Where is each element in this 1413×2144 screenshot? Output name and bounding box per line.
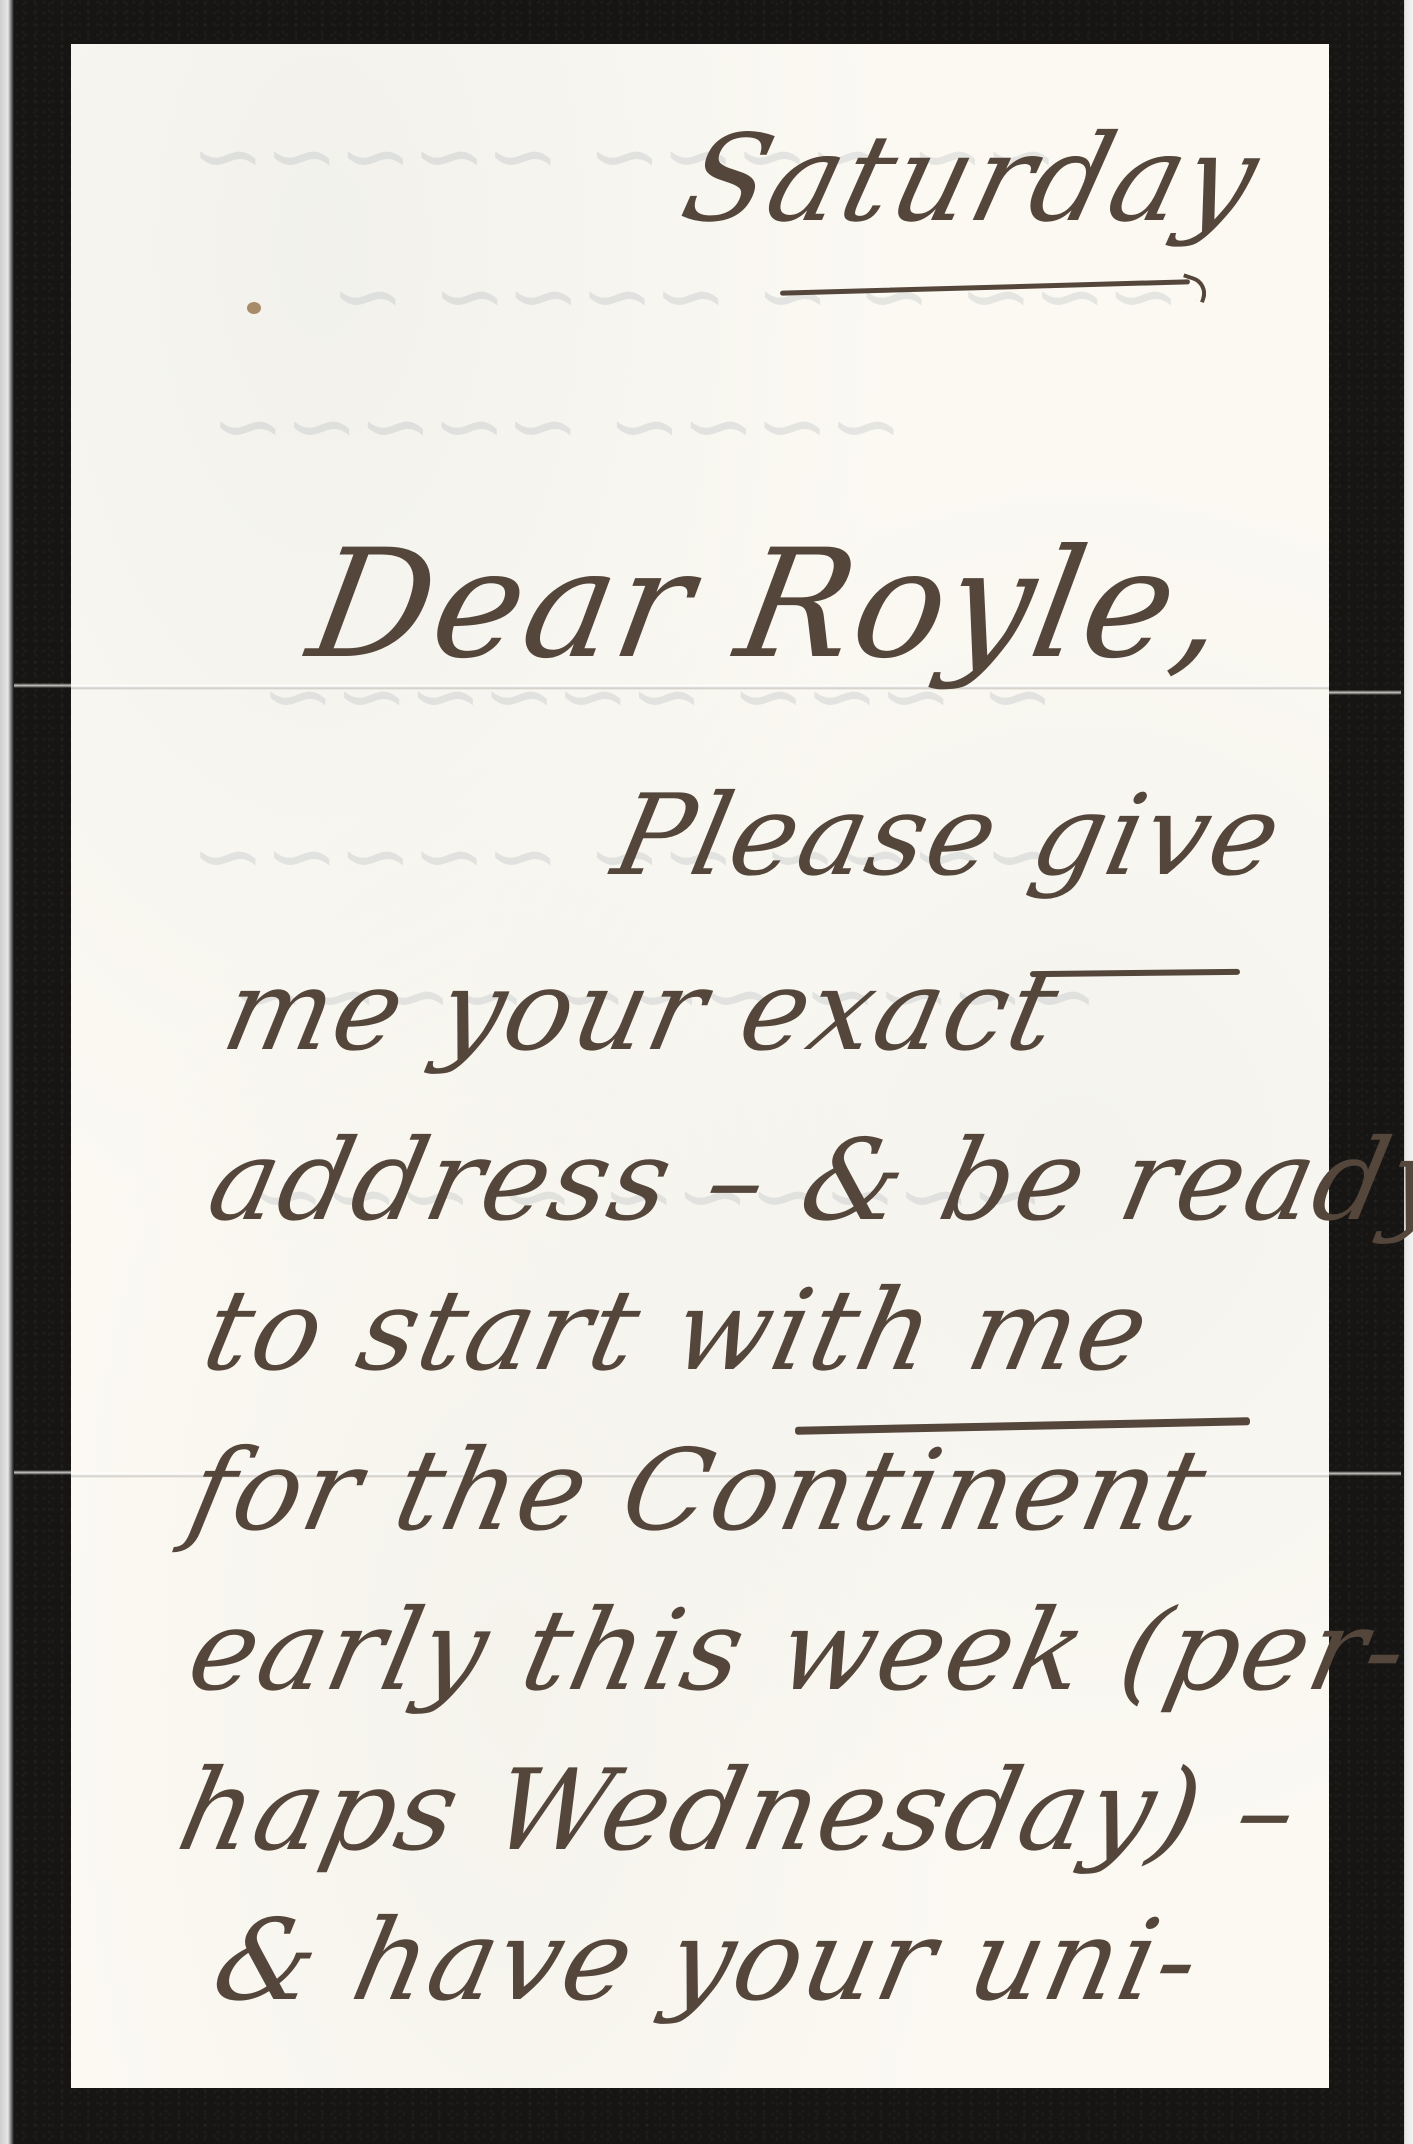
letter-salutation: Dear Royle, — [300, 530, 1239, 680]
letter-line: & have your uni- — [205, 1905, 1210, 2017]
letter-line: to start with me — [195, 1275, 1159, 1387]
letter-date: Saturday — [672, 120, 1271, 240]
fold-crease-left-lower — [14, 1470, 71, 1475]
letter-line: early this week (per- — [180, 1595, 1413, 1707]
letter-line: address – & be ready — [200, 1125, 1413, 1237]
paper-speck — [247, 302, 261, 314]
letter-line: me your exact — [215, 955, 1069, 1067]
bleed-through-text: ~~~ ~ ~ ~~~~ ~ — [331, 244, 1180, 347]
fold-crease-right — [1329, 690, 1401, 695]
fold-crease-left — [14, 683, 71, 688]
letter-line: haps Wednesday) – — [170, 1755, 1308, 1867]
letter-line: Please give — [605, 780, 1291, 892]
bleed-through-text: ~~~~ ~~~~~ — [211, 374, 903, 477]
letter-line: for the Continent — [180, 1435, 1216, 1547]
fold-crease-right-lower — [1329, 1471, 1401, 1476]
